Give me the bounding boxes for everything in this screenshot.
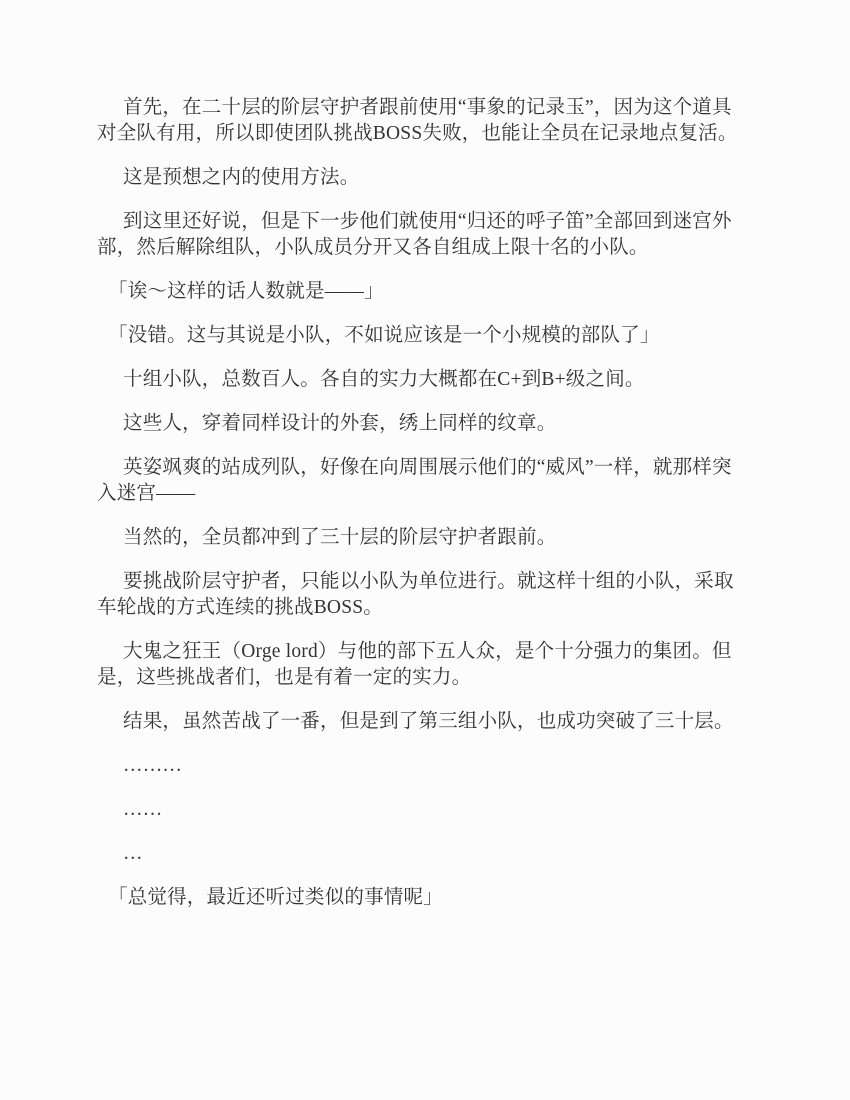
reader-page: 首先，在二十层的阶层守护者跟前使用“事象的记录玉”，因为这个道具对全队有用，所以…	[0, 0, 850, 1100]
narration-paragraph: 这些人，穿着同样设计的外套，绣上同样的纹章。	[97, 411, 747, 437]
narration-paragraph: 到这里还好说，但是下一步他们就使用“归还的呼子笛”全部回到迷宫外部，然后解除组队…	[97, 209, 747, 261]
narration-paragraph: 首先，在二十层的阶层守护者跟前使用“事象的记录玉”，因为这个道具对全队有用，所以…	[97, 95, 747, 147]
narration-paragraph: ………	[97, 753, 747, 779]
narration-paragraph: 十组小队，总数百人。各自的实力大概都在C+到B+级之间。	[97, 367, 747, 393]
narration-paragraph: 这是预想之内的使用方法。	[97, 165, 747, 191]
narration-paragraph: 要挑战阶层守护者，只能以小队为单位进行。就这样十组的小队，采取车轮战的方式连续的…	[97, 569, 747, 621]
narration-paragraph: 结果，虽然苦战了一番，但是到了第三组小队，也成功突破了三十层。	[97, 709, 747, 735]
dialogue-paragraph: 「没错。这与其说是小队，不如说应该是一个小规模的部队了」	[97, 323, 747, 349]
narration-paragraph: ……	[97, 797, 747, 823]
novel-text-content: 首先，在二十层的阶层守护者跟前使用“事象的记录玉”，因为这个道具对全队有用，所以…	[0, 0, 847, 929]
narration-paragraph: …	[97, 841, 747, 867]
narration-paragraph: 英姿飒爽的站成列队，好像在向周围展示他们的“威风”一样，就那样突入迷宫——	[97, 455, 747, 507]
narration-paragraph: 大鬼之狂王（Orge lord）与他的部下五人众，是个十分强力的集团。但是，这些…	[97, 639, 747, 691]
narration-paragraph: 当然的，全员都冲到了三十层的阶层守护者跟前。	[97, 525, 747, 551]
dialogue-paragraph: 「诶～这样的话人数就是——」	[97, 279, 747, 305]
dialogue-paragraph: 「总觉得，最近还听过类似的事情呢」	[97, 885, 747, 911]
